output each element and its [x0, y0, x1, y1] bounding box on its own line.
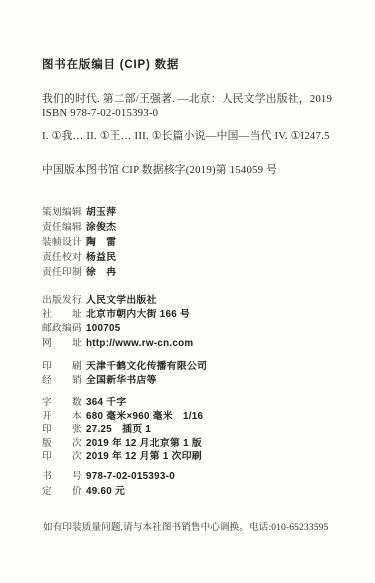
- spec-value: 364 千字: [86, 396, 126, 410]
- cip-classification-line: I. ①我… II. ①王… III. ①长篇小说—中国—当代 IV. ①I24…: [42, 129, 357, 143]
- distributor-row: 经 销 全国新华书店等: [42, 374, 207, 388]
- edition-row: 版 次 2019 年 12 月北京第 1 版: [42, 437, 203, 451]
- printing-value: 天津千鹤文化传播有限公司: [86, 360, 207, 374]
- credit-label: 策划编辑: [42, 205, 82, 220]
- format-row: 开 本 680 毫米×960 毫米 1/16: [42, 410, 203, 424]
- publication-label: 社 址: [42, 308, 82, 322]
- spec-label: 开 本: [42, 410, 82, 424]
- printing-label: 印 刷: [42, 360, 82, 374]
- cip-data-block: 我们的时代. 第二部/王强著. —北京：人民文学出版社，2019 ISBN 97…: [42, 92, 357, 177]
- impression-row: 印 次 2019 年 12 月第 1 次印刷: [42, 450, 203, 464]
- spec-value: 27.25 插页 1: [86, 423, 151, 437]
- credit-row-planning-editor: 策划编辑 胡玉萍: [42, 205, 116, 220]
- address-row: 社 址 北京市朝内大街 166 号: [42, 308, 193, 322]
- price-value: 49.60 元: [86, 485, 125, 500]
- credit-label: 责任校对: [42, 250, 82, 265]
- specs-block: 字 数 364 千字 开 本 680 毫米×960 毫米 1/16 印 张 27…: [42, 396, 203, 464]
- credit-label: 责任编辑: [42, 220, 82, 235]
- printing-block: 印 刷 天津千鹤文化传播有限公司 经 销 全国新华书店等: [42, 360, 207, 388]
- isbn-price-block: 书 号 978-7-02-015393-0 定 价 49.60 元: [42, 470, 175, 499]
- credit-row-print-supervisor: 责任印制 徐 冉: [42, 265, 116, 280]
- spec-label: 印 次: [42, 450, 82, 464]
- publication-value: http://www.rw-cn.com: [86, 337, 193, 351]
- word-count-row: 字 数 364 千字: [42, 396, 203, 410]
- credit-value: 杨益民: [86, 250, 116, 265]
- credit-row-responsible-editor: 责任编辑 涂俊杰: [42, 220, 116, 235]
- cip-header: 图书在版编目 (CIP) 数据: [42, 56, 179, 72]
- price-row: 定 价 49.60 元: [42, 485, 175, 500]
- printing-value: 全国新华书店等: [86, 374, 157, 388]
- book-number-row: 书 号 978-7-02-015393-0: [42, 470, 175, 485]
- credits-block: 策划编辑 胡玉萍 责任编辑 涂俊杰 装帧设计 陶 雷 责任校对 杨益民 责任印制…: [42, 205, 116, 280]
- publication-label: 邮政编码: [42, 322, 82, 336]
- publication-value: 北京市朝内大街 166 号: [86, 308, 190, 322]
- printing-label: 经 销: [42, 374, 82, 388]
- printer-row: 印 刷 天津千鹤文化传播有限公司: [42, 360, 207, 374]
- credit-label: 责任印制: [42, 265, 82, 280]
- publication-label: 网 址: [42, 337, 82, 351]
- cip-isbn-line: ISBN 978-7-02-015393-0: [42, 106, 357, 120]
- publication-label: 出版发行: [42, 294, 82, 308]
- spec-value: 680 毫米×960 毫米 1/16: [86, 410, 203, 424]
- price-label: 定 价: [42, 485, 82, 500]
- isbn-value: 978-7-02-015393-0: [86, 470, 175, 485]
- credit-value: 涂俊杰: [86, 220, 116, 235]
- credit-row-proofreader: 责任校对 杨益民: [42, 250, 116, 265]
- publication-value: 100705: [86, 322, 121, 336]
- spec-value: 2019 年 12 月北京第 1 版: [86, 437, 202, 451]
- spec-value: 2019 年 12 月第 1 次印刷: [86, 450, 202, 464]
- spec-label: 版 次: [42, 437, 82, 451]
- sheets-row: 印 张 27.25 插页 1: [42, 423, 203, 437]
- spec-label: 印 张: [42, 423, 82, 437]
- footer-note: 如有印装质量问题,请与本社图书销售中心调换。电话:010-65233595: [43, 519, 328, 533]
- colophon-page: 图书在版编目 (CIP) 数据 我们的时代. 第二部/王强著. —北京：人民文学…: [0, 0, 375, 583]
- website-row: 网 址 http://www.rw-cn.com: [42, 337, 193, 351]
- spec-label: 字 数: [42, 396, 82, 410]
- credit-label: 装帧设计: [42, 235, 82, 250]
- credit-value: 陶 雷: [86, 235, 116, 250]
- cip-title-line: 我们的时代. 第二部/王强著. —北京：人民文学出版社，2019: [42, 92, 357, 106]
- publisher-row: 出版发行 人民文学出版社: [42, 294, 193, 308]
- credit-value: 胡玉萍: [86, 205, 116, 220]
- publication-block: 出版发行 人民文学出版社 社 址 北京市朝内大街 166 号 邮政编码 1007…: [42, 294, 193, 351]
- publication-value: 人民文学出版社: [86, 294, 157, 308]
- postcode-row: 邮政编码 100705: [42, 322, 193, 336]
- isbn-label: 书 号: [42, 470, 82, 485]
- credit-row-designer: 装帧设计 陶 雷: [42, 235, 116, 250]
- credit-value: 徐 冉: [86, 265, 116, 280]
- cip-record-line: 中国版本图书馆 CIP 数据核字(2019)第 154059 号: [42, 163, 357, 177]
